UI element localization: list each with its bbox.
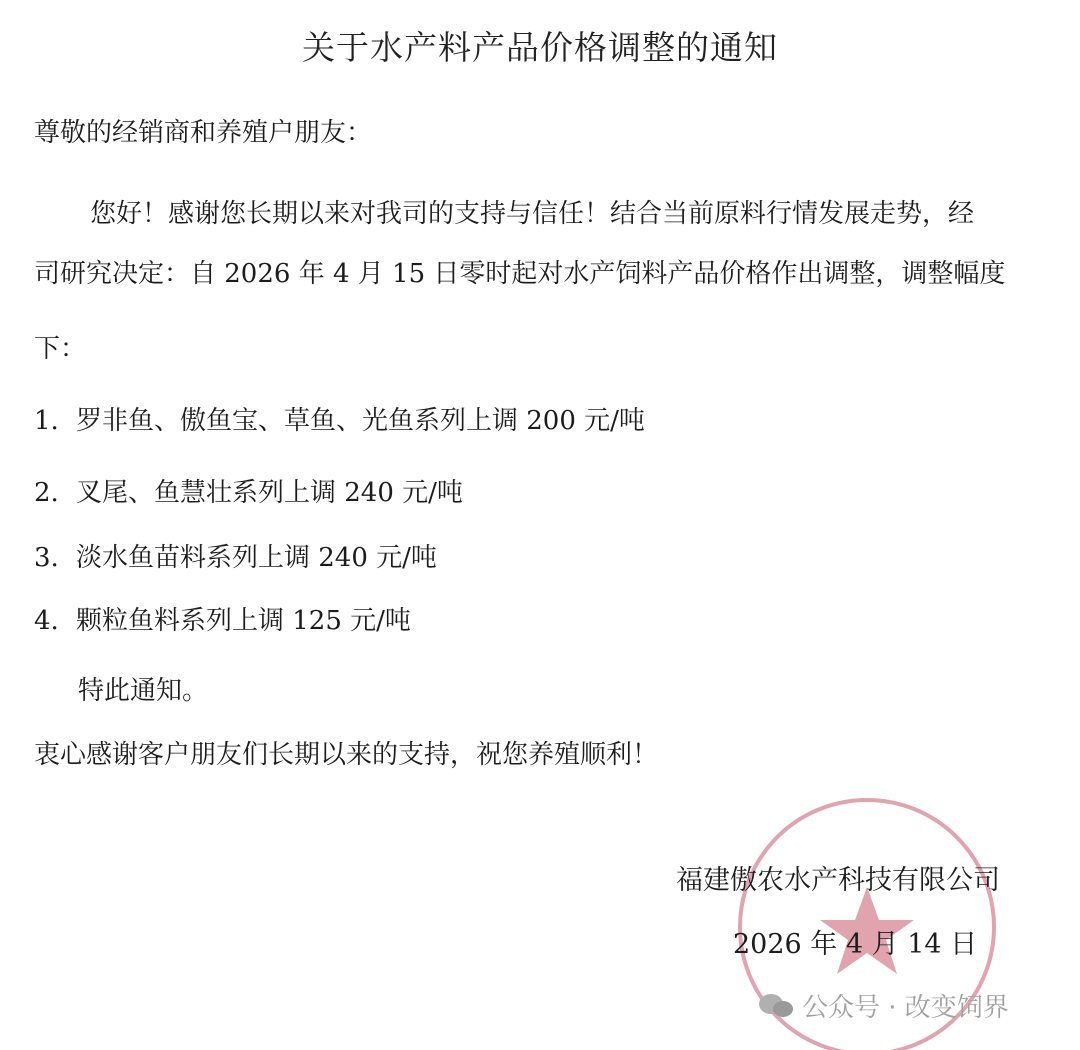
paragraph-line-1: 您好！感谢您长期以来对我司的支持与信任！结合当前原料行情发展走势，经 — [90, 193, 974, 230]
salutation: 尊敬的经销商和养殖户朋友： — [34, 112, 372, 149]
wechat-icon — [758, 992, 794, 1020]
list-item: 2.叉尾、鱼慧壮系列上调 240 元/吨 — [34, 472, 463, 509]
list-item: 4.颗粒鱼料系列上调 125 元/吨 — [34, 600, 411, 637]
paragraph-line-3: 下： — [34, 328, 86, 365]
document-date: 2026 年 4 月 14 日 — [733, 922, 977, 961]
list-item: 1.罗非鱼、傲鱼宝、草鱼、光鱼系列上调 200 元/吨 — [34, 400, 645, 437]
thanks-line: 衷心感谢客户朋友们长期以来的支持，祝您养殖顺利！ — [34, 734, 658, 771]
list-item: 3.淡水鱼苗料系列上调 240 元/吨 — [34, 537, 437, 574]
notice-closing: 特此通知。 — [78, 670, 208, 707]
company-name: 福建傲农水产科技有限公司 — [676, 858, 1000, 897]
document-title: 关于水产料产品价格调整的通知 — [0, 22, 1080, 69]
watermark: 公众号 · 改变饲界 — [758, 987, 1009, 1024]
paragraph-line-2: 司研究决定：自 2026 年 4 月 15 日零时起对水产饲料产品价格作出调整，… — [34, 253, 1005, 290]
